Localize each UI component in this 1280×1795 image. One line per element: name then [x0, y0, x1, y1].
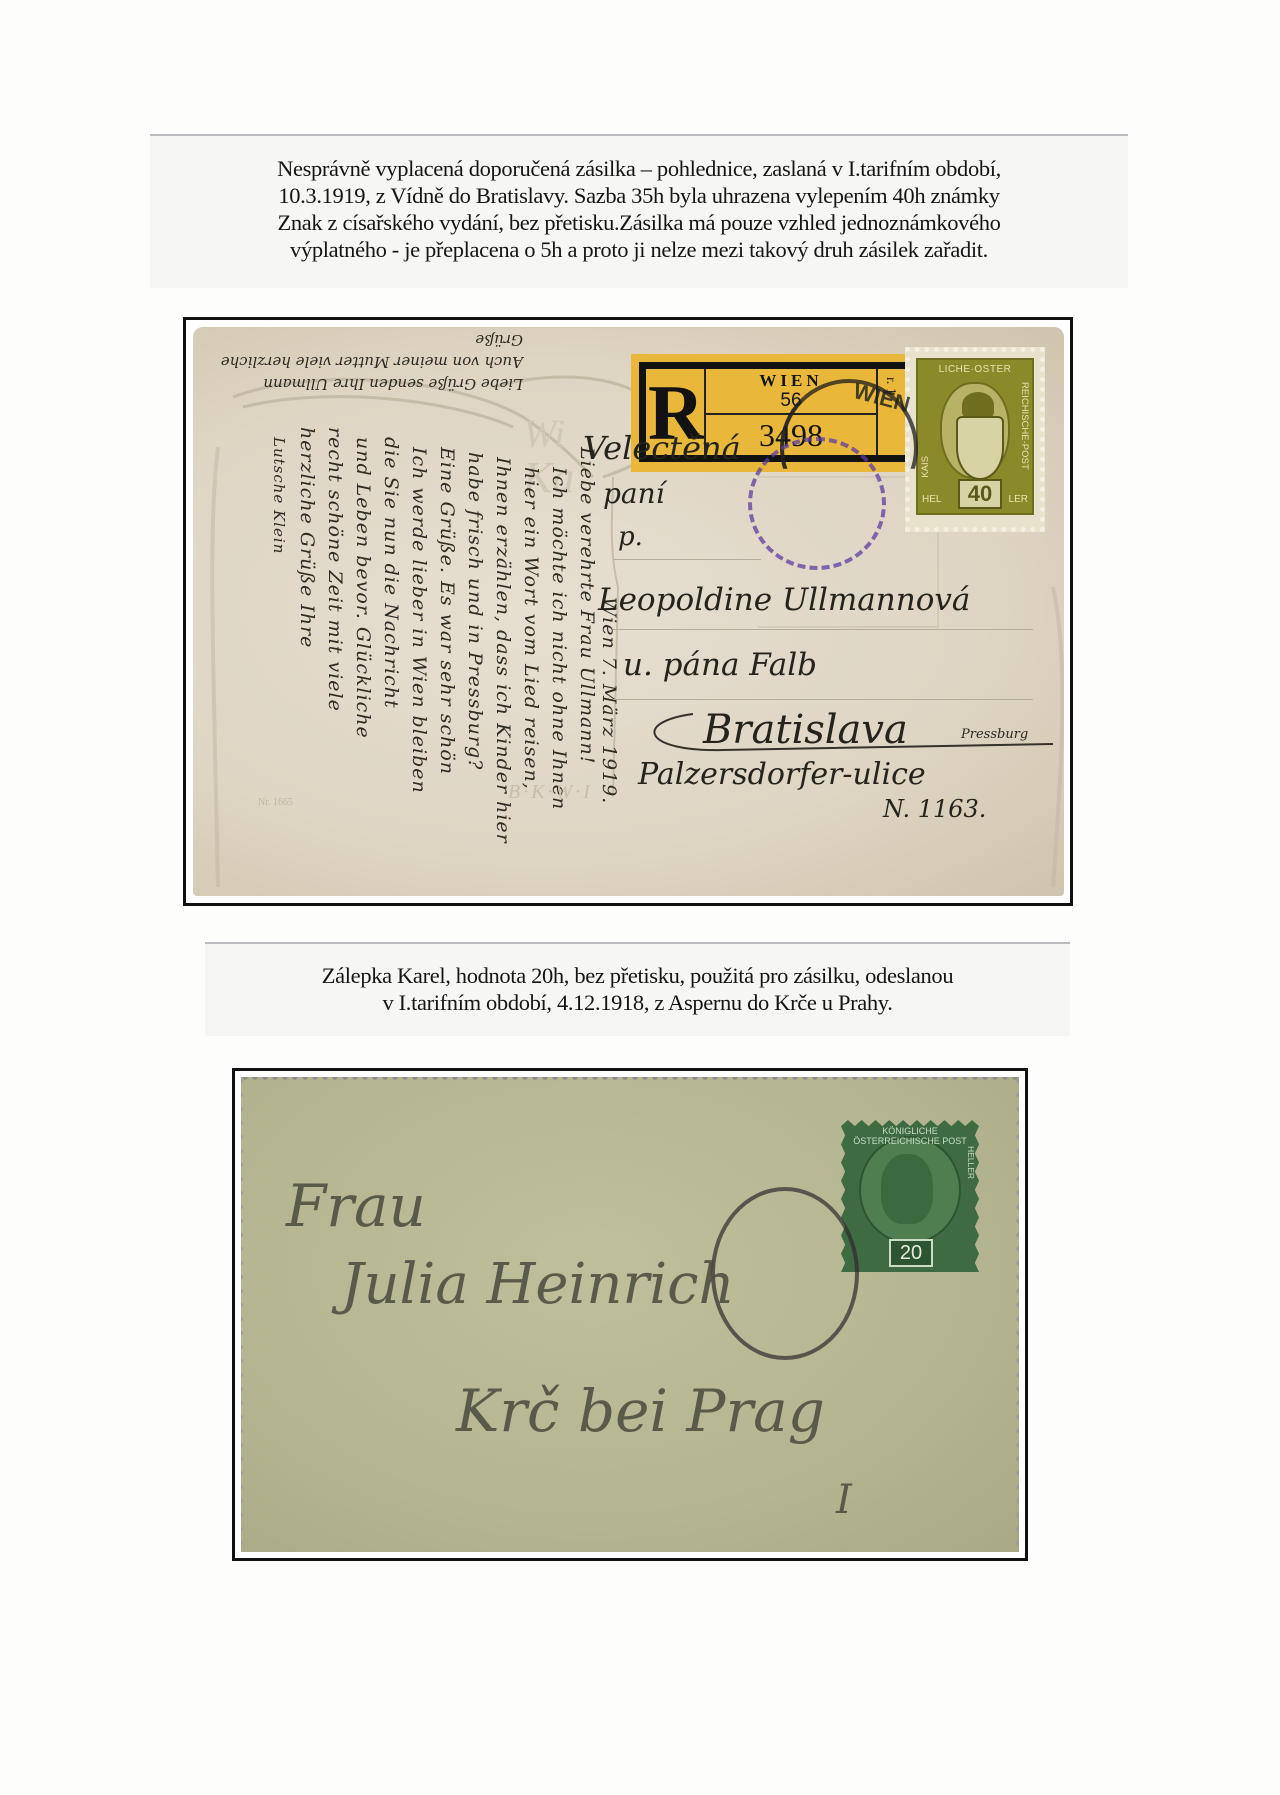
flourish-underline — [633, 702, 1063, 762]
caption-line: 10.3.1919, z Vídně do Bratislavy. Sazba … — [150, 182, 1128, 209]
address-house-number: N. 1163. — [883, 795, 986, 823]
caption-line: Znak z císařského vydání, bez přetisku.Z… — [150, 209, 1128, 236]
postcard: Wi Ka Liebe Grüße senden Ihre Ullmann Au… — [193, 327, 1064, 896]
message-line: Eine Grüße. Es war sehr schön — [436, 447, 458, 847]
address-street: Palzersdorfer-ulice — [638, 757, 926, 792]
address-line-3: Krč bei Prag — [456, 1377, 825, 1445]
perforation-right — [1013, 1077, 1019, 1552]
upside-down-message: Liebe Grüße senden Ihre Ullmann Auch von… — [221, 329, 523, 395]
message-line: recht schöne Zeit mit viele — [324, 427, 346, 847]
caption-line: výplatného - je přeplacena o 5h a proto … — [150, 236, 1128, 263]
message-line: hier ein Wort vom Lied reisen, — [520, 467, 542, 867]
postmark-violet — [748, 437, 886, 570]
postcard-frame: Wi Ka Liebe Grüße senden Ihre Ullmann Au… — [183, 317, 1073, 906]
message-line: und Leben bevor. Glückliche — [352, 437, 374, 837]
address-line-1: Frau — [286, 1172, 426, 1240]
address-mark: I — [836, 1477, 852, 1523]
emperor-portrait-icon — [881, 1154, 933, 1224]
coat-of-arms-icon — [956, 416, 1004, 480]
message-date: Wien 7. März 1919. — [598, 597, 620, 827]
lettercard-frame: KÖNIGLICHE ÖSTERREICHISCHE POST HELLER 2… — [232, 1068, 1028, 1561]
message-line: Ich möchte ich nicht ohne Ihnen — [548, 467, 570, 867]
message-line: Ich werde lieber in Wien bleiben — [408, 447, 430, 847]
caption-lettercard: Zálepka Karel, hodnota 20h, bez přetisku… — [205, 942, 1070, 1036]
caption-line: Nesprávně vyplacená doporučená zásilka –… — [150, 155, 1128, 182]
address-name: Leopoldine Ullmannová — [598, 582, 970, 618]
publisher-mark: B·K·W·I — [508, 781, 593, 804]
caption-line: Zálepka Karel, hodnota 20h, bez přetisku… — [205, 962, 1070, 989]
address-pani: paní — [603, 477, 665, 510]
stamp-40-heller: LICHE·OSTER REICHISCHE·POST KAIS HEL 40 … — [905, 347, 1045, 532]
signature: Lutsche Klein — [270, 437, 288, 857]
perforation-left — [241, 1077, 246, 1552]
address-line-2: Julia Heinrich — [341, 1252, 735, 1317]
message-line: die Sie nun die Nachricht — [380, 437, 402, 837]
stamp-value: 40 — [958, 479, 1002, 509]
stamp-value: 20 — [889, 1239, 933, 1267]
caption-postcard: Nesprávně vyplacená doporučená zásilka –… — [150, 134, 1128, 288]
stamp-20-heller: KÖNIGLICHE ÖSTERREICHISCHE POST HELLER 2… — [841, 1120, 979, 1272]
address-care-of: u. pána Falb — [623, 647, 817, 683]
greeting: Liebe verehrte Frau Ullmann! — [576, 447, 598, 867]
card-number: Nr. 1665 — [258, 797, 293, 808]
crown-icon — [962, 392, 994, 418]
perforation-top — [241, 1077, 1019, 1083]
address-salutation: Velectěná — [583, 429, 741, 467]
address-p: p. — [618, 522, 643, 552]
message-line: herzliche Grüße Ihre — [296, 427, 318, 847]
message-line: habe frisch und in Pressburg? — [464, 452, 486, 852]
message-block: Liebe verehrte Frau Ullmann! Ich möchte … — [218, 407, 598, 887]
lettercard: KÖNIGLICHE ÖSTERREICHISCHE POST HELLER 2… — [241, 1077, 1019, 1552]
caption-line: v I.tarifním období, 4.12.1918, z Aspern… — [205, 989, 1070, 1016]
